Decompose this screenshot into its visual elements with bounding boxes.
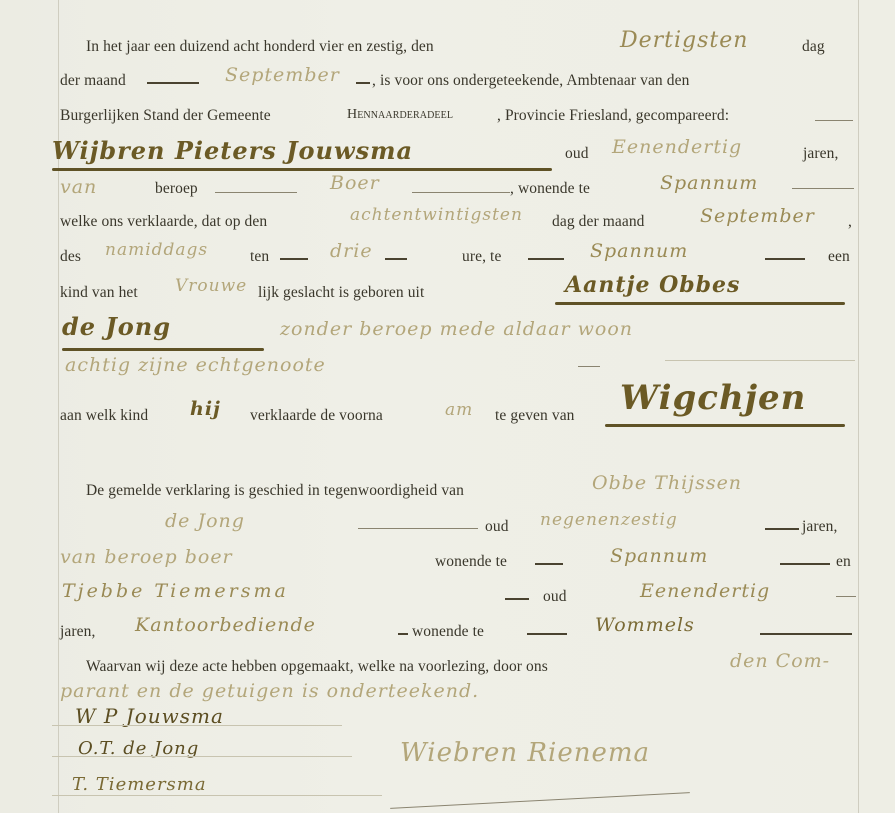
printed-text: der maand bbox=[60, 72, 126, 90]
handwritten-closing: parant en de getuigen is onderteekend. bbox=[60, 680, 479, 702]
signature-line bbox=[52, 725, 342, 726]
fill-line bbox=[836, 596, 856, 597]
printed-text: oud bbox=[485, 518, 509, 536]
left-margin-line bbox=[58, 0, 59, 813]
right-margin-line bbox=[858, 0, 859, 813]
name-underline bbox=[555, 302, 845, 305]
printed-text: wonende te bbox=[412, 623, 484, 641]
handwritten-month: September bbox=[225, 64, 340, 86]
printed-text: jaren, bbox=[60, 623, 95, 641]
printed-text: en bbox=[836, 553, 851, 571]
signature-line bbox=[52, 795, 382, 796]
handwritten-witness1-occupation: van beroep boer bbox=[60, 546, 233, 568]
fill-line bbox=[578, 366, 600, 367]
printed-text: , Provincie Friesland, gecompareerd: bbox=[497, 107, 729, 125]
printed-text: ure, te bbox=[462, 248, 501, 266]
printed-text: Burgerlijken Stand der Gemeente bbox=[60, 107, 271, 125]
fill-line bbox=[792, 188, 854, 189]
handwritten-day: Dertigsten bbox=[620, 28, 748, 53]
handwritten-closing: den Com- bbox=[730, 650, 830, 672]
handwritten-witness1-surname: de Jong bbox=[165, 510, 245, 532]
fill-line bbox=[358, 528, 478, 529]
printed-text: De gemelde verklaring is geschied in teg… bbox=[86, 482, 464, 500]
printed-text: dag bbox=[802, 38, 825, 56]
handwritten-witness2-age: Eenendertig bbox=[640, 580, 770, 602]
printed-text: Waarvan wij deze acte hebben opgemaakt, … bbox=[86, 658, 548, 676]
fill-line bbox=[527, 633, 567, 635]
fill-line bbox=[147, 82, 199, 84]
printed-text: In het jaar een duizend acht honderd vie… bbox=[86, 38, 434, 56]
fill-line bbox=[505, 598, 529, 600]
fill-line bbox=[765, 258, 805, 260]
printed-text: beroep bbox=[155, 180, 198, 198]
fill-line bbox=[765, 528, 799, 530]
fill-line bbox=[385, 258, 407, 260]
fill-line bbox=[412, 192, 510, 193]
handwritten-mother-line: zonder beroep mede aldaar woon bbox=[280, 318, 633, 340]
handwritten-sex: Vrouwe bbox=[175, 276, 247, 296]
printed-text: oud bbox=[543, 588, 567, 606]
printed-text: verklaarde de voorna bbox=[250, 407, 383, 425]
name-underline bbox=[52, 168, 552, 171]
municipality-name: Hennaarderadeel bbox=[347, 107, 453, 123]
printed-text: , bbox=[848, 213, 852, 231]
printed-text: dag der maand bbox=[552, 213, 645, 231]
handwritten-prefix: van bbox=[60, 176, 97, 198]
fill-line bbox=[528, 258, 564, 260]
register-page: In het jaar een duizend acht honderd vie… bbox=[0, 0, 895, 813]
printed-text: , is voor ons ondergeteekende, Ambtenaar… bbox=[372, 72, 689, 90]
fill-line bbox=[215, 192, 297, 193]
handwritten-pronoun: hij bbox=[190, 398, 221, 420]
signature-official: Wiebren Rienema bbox=[400, 738, 650, 768]
printed-text: welke ons verklaarde, dat op den bbox=[60, 213, 267, 231]
fill-line bbox=[398, 633, 408, 635]
printed-text: des bbox=[60, 248, 81, 266]
handwritten-witness1-name: Obbe Thijssen bbox=[592, 472, 742, 494]
handwritten-residence: Spannum bbox=[660, 172, 758, 194]
handwritten-declarant-age: Eenendertig bbox=[612, 136, 742, 158]
handwritten-witness1-residence: Spannum bbox=[610, 545, 708, 567]
fill-line bbox=[665, 360, 855, 361]
handwritten-mother-line: achtig zijne echtgenoote bbox=[65, 354, 326, 376]
name-underline bbox=[605, 424, 845, 427]
fill-line bbox=[356, 82, 370, 84]
signature-flourish bbox=[390, 792, 690, 809]
handwritten-birth-place: Spannum bbox=[590, 240, 688, 262]
handwritten-witness2-occupation: Kantoorbediende bbox=[135, 614, 316, 636]
printed-text: aan welk kind bbox=[60, 407, 148, 425]
handwritten-time-of-day: namiddags bbox=[105, 240, 208, 260]
signature-witness2: T. Tiemersma bbox=[72, 774, 207, 795]
handwritten-child-name: Wigchjen bbox=[620, 378, 806, 418]
handwritten-birth-month: September bbox=[700, 205, 815, 227]
handwritten-occupation: Boer bbox=[330, 172, 380, 194]
fill-line bbox=[535, 563, 563, 565]
handwritten-mother-name: Aantje Obbes bbox=[565, 272, 740, 298]
printed-text: jaren, bbox=[802, 518, 837, 536]
handwritten-birth-day: achtentwintigsten bbox=[350, 205, 523, 225]
fill-line bbox=[815, 120, 853, 121]
printed-text: ten bbox=[250, 248, 269, 266]
printed-text: een bbox=[828, 248, 850, 266]
printed-text: kind van het bbox=[60, 284, 138, 302]
handwritten-witness1-age: negenenzestig bbox=[540, 510, 678, 530]
printed-text: lijk geslacht is geboren uit bbox=[258, 284, 424, 302]
handwritten-declarant-name: Wijbren Pieters Jouwsma bbox=[52, 136, 413, 165]
fill-line bbox=[280, 258, 308, 260]
handwritten-witness2-residence: Wommels bbox=[595, 614, 695, 636]
printed-text: oud bbox=[565, 145, 589, 163]
handwritten-hour: drie bbox=[330, 240, 373, 262]
printed-text: jaren, bbox=[803, 145, 838, 163]
fill-line bbox=[780, 563, 830, 565]
handwritten-mother-surname: de Jong bbox=[62, 312, 171, 341]
fill-line bbox=[760, 633, 852, 635]
printed-text: , wonende te bbox=[510, 180, 590, 198]
printed-text: wonende te bbox=[435, 553, 507, 571]
printed-text: te geven van bbox=[495, 407, 575, 425]
handwritten-voornaam-suffix: am bbox=[445, 400, 473, 420]
handwritten-witness2-name: Tjebbe Tiemersma bbox=[62, 580, 289, 602]
name-underline bbox=[62, 348, 264, 351]
signature-line bbox=[52, 756, 352, 757]
